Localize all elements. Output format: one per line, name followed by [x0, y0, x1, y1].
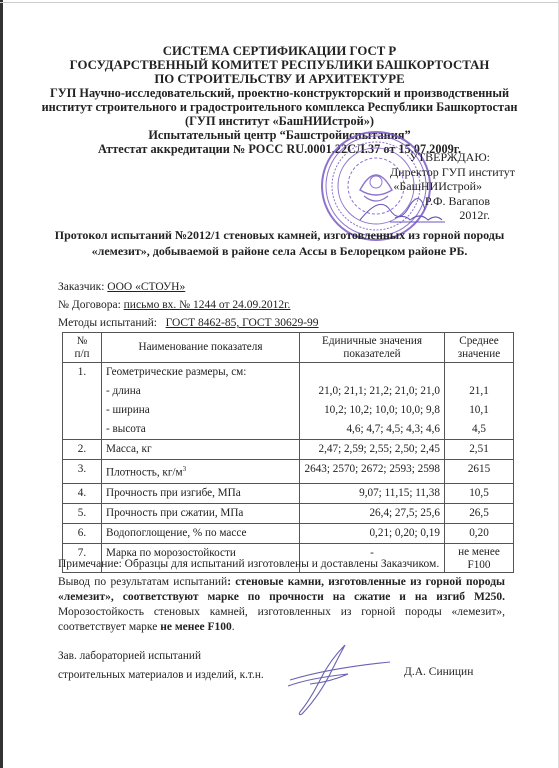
- contract-value: письмо вх. № 1244 от 24.09.2012г.: [124, 299, 291, 311]
- scan-border-top: [0, 2, 559, 3]
- table-header-row: №п/п Наименование показателя Единичные з…: [63, 333, 514, 363]
- table-row: 4. Прочность при изгибе, МПа 9,07; 11,15…: [63, 483, 514, 503]
- row-num: 1.: [63, 363, 102, 440]
- approval-title: УТВЕРЖДАЮ:: [390, 150, 490, 165]
- protocol-title-line-1: Протокол испытаний №2012/1 стеновых камн…: [0, 227, 559, 244]
- table-row: 5. Прочность при сжатии, МПа 26,4; 27,5;…: [63, 503, 514, 523]
- methods-value: ГОСТ 8462-85, ГОСТ 30629-99: [166, 317, 319, 329]
- customer-line: Заказчик: ООО «СТОУН»: [58, 280, 185, 294]
- customer-value: ООО «СТОУН»: [107, 281, 185, 293]
- signatory-title: Зав. лабораторией испытаний строительных…: [58, 647, 264, 685]
- protocol-title-line-2: «лемезит», добываемой в районе села Ассы…: [0, 243, 559, 260]
- row-name: Геометрические размеры, см: - длина - ши…: [102, 363, 300, 440]
- header-line-7: Испытательный центр “Башстройиспытания”: [0, 128, 559, 142]
- table-row: 6. Водопоглощение, % по массе 0,21; 0,20…: [63, 523, 514, 543]
- header-line-2: ГОСУДАРСТВЕННЫЙ КОМИТЕТ РЕСПУБЛИКИ БАШКО…: [0, 58, 559, 72]
- header-line-3: ПО СТРОИТЕЛЬСТВУ И АРХИТЕКТУРЕ: [0, 72, 559, 86]
- row-average: 21,1 10,1 4,5: [445, 363, 514, 440]
- customer-label: Заказчик:: [58, 281, 104, 293]
- contract-line: № Договора: письмо вх. № 1244 от 24.09.2…: [58, 298, 290, 312]
- table-row: 3. Плотность, кг/м3 2643; 2570; 2672; 25…: [63, 460, 514, 484]
- conclusion-text: Вывод по результатам испытаний: стеновые…: [58, 575, 505, 635]
- lab-head-signature-icon: [270, 640, 410, 720]
- note-text: Примечание: Образцы для испытаний изгото…: [58, 558, 439, 570]
- methods-label: Методы испытаний:: [58, 317, 157, 329]
- header-values: Единичные значенияпоказателей: [300, 333, 445, 363]
- methods-line: Методы испытаний: ГОСТ 8462-85, ГОСТ 306…: [58, 316, 319, 330]
- table-row: 1. Геометрические размеры, см: - длина -…: [63, 363, 514, 440]
- signatory-name: Д.А. Синицин: [404, 666, 473, 678]
- results-table: №п/п Наименование показателя Единичные з…: [62, 332, 514, 573]
- header-name: Наименование показателя: [102, 333, 300, 363]
- row-values: 21,0; 21,1; 21,2; 21,0; 21,0 10,2; 10,2;…: [300, 363, 445, 440]
- header-average: Среднеезначение: [445, 333, 514, 363]
- director-signature-icon: [350, 190, 490, 230]
- header-line-1: СИСТЕМА СЕРТИФИКАЦИИ ГОСТ Р: [0, 44, 559, 58]
- approval-position-1: Директор ГУП институт: [390, 165, 490, 180]
- header-num: №п/п: [63, 333, 102, 363]
- header-line-4: ГУП Научно-исследовательский, проектно-к…: [0, 86, 559, 100]
- header-line-5: институт строительного и градостроительн…: [0, 100, 559, 114]
- contract-label: № Договора:: [58, 299, 121, 311]
- header-line-6: (ГУП институт «БашНИИстрой»): [0, 114, 559, 128]
- table-row: 2. Масса, кг 2,47; 2,59; 2,55; 2,50; 2,4…: [63, 440, 514, 460]
